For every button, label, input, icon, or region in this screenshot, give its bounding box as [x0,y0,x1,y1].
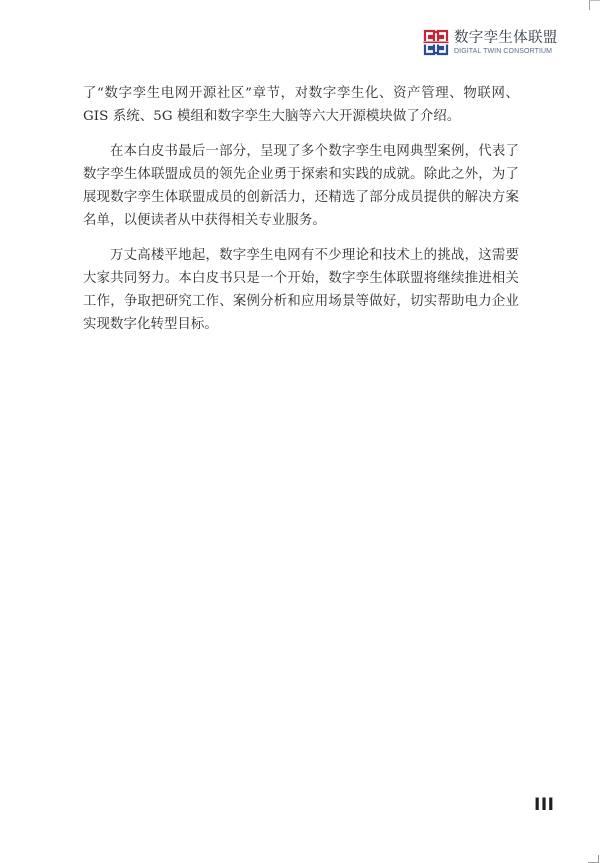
logo-name-en: DIGITAL TWIN CONSORTIUM [454,47,558,56]
page-number: III [534,795,554,815]
paragraph-open-source-modules: 了“数字孪生电网开源社区”章节，对数字孪生化、资产管理、物联网、GIS 系统、5… [83,82,519,128]
crop-mark-top-right-horizontal [589,0,600,1]
logo-name-cn: 数字孪生体联盟 [454,30,558,47]
paragraph-conclusion: 万丈高楼平地起，数字孪生电网有不少理论和技术上的挑战，这需要大家共同努力。本白皮… [83,244,519,336]
paragraph-typical-cases: 在本白皮书最后一部分，呈现了多个数字孪生电网典型案例，代表了数字孪生体联盟成员的… [83,140,519,232]
crop-mark-top-right [589,0,590,10]
digital-twin-consortium-logo-icon [423,29,449,56]
header-logo: 数字孪生体联盟 DIGITAL TWIN CONSORTIUM [423,29,558,56]
logo-text: 数字孪生体联盟 DIGITAL TWIN CONSORTIUM [454,30,558,56]
document-body: 了“数字孪生电网开源社区”章节，对数字孪生化、资产管理、物联网、GIS 系统、5… [83,82,519,336]
